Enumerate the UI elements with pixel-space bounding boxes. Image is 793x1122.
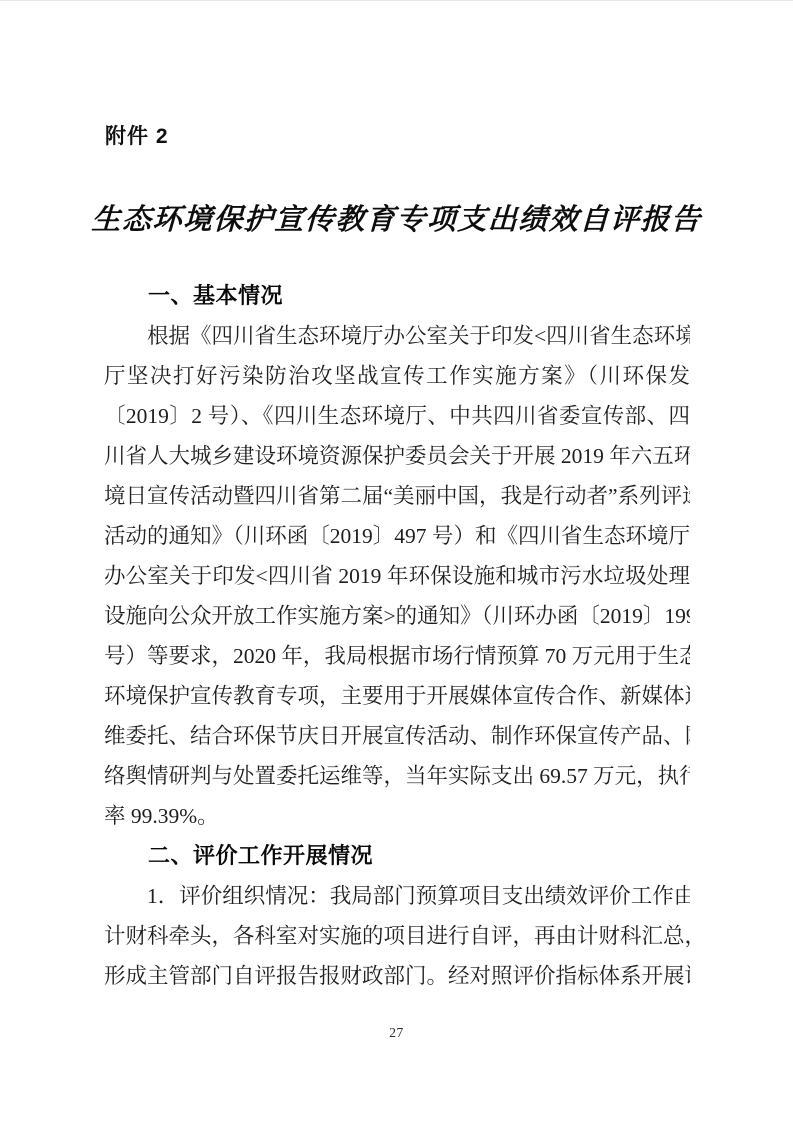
paragraph-1-line: 办公室关于印发<四川省 2019 年环保设施和城市污水垃圾处理 (104, 556, 690, 596)
paragraph-1-line: 厅坚决打好污染防治攻坚战宣传工作实施方案》（川环保发 (104, 356, 690, 396)
paragraph-1-line: 川省人大城乡建设环境资源保护委员会关于开展 2019 年六五环 (104, 436, 690, 476)
attachment-label: 附件 2 (105, 120, 169, 150)
paragraph-1-line: 根据《四川省生态环境厅办公室关于印发<四川省生态环境 (104, 316, 690, 356)
paragraph-2-line: 计财科牵头，各科室对实施的项目进行自评，再由计财科汇总， (104, 916, 690, 956)
paragraph-2-line: 形成主管部门自评报告报财政部门。经对照评价指标体系开展评 (104, 956, 690, 996)
document-title: 生态环境保护宣传教育专项支出绩效自评报告 (0, 197, 793, 238)
paragraph-1-line: 络舆情研判与处置委托运维等，当年实际支出 69.57 万元，执行 (104, 756, 690, 796)
paragraph-1-line: 率 99.39%。 (104, 796, 690, 836)
paragraph-1-line: 境日宣传活动暨四川省第二届“美丽中国，我是行动者”系列评选 (104, 476, 690, 516)
page-number: 27 (0, 1025, 793, 1041)
paragraph-1-line: 维委托、结合环保节庆日开展宣传活动、制作环保宣传产品、网 (104, 716, 690, 756)
document-body: 一、基本情况 根据《四川省生态环境厅办公室关于印发<四川省生态环境 厅坚决打好污… (104, 276, 690, 996)
paragraph-1-line: 活动的通知》（川环函〔2019〕497 号）和《四川省生态环境厅 (104, 516, 690, 556)
paragraph-1-line: 〔2019〕2 号）、《四川生态环境厅、中共四川省委宣传部、四 (104, 396, 690, 436)
section-heading-1: 一、基本情况 (104, 276, 690, 316)
document-page: 附件 2 生态环境保护宣传教育专项支出绩效自评报告 一、基本情况 根据《四川省生… (0, 0, 793, 1122)
paragraph-1-line: 环境保护宣传教育专项，主要用于开展媒体宣传合作、新媒体运 (104, 676, 690, 716)
section-heading-2: 二、评价工作开展情况 (104, 836, 690, 876)
paragraph-1-line: 设施向公众开放工作实施方案>的通知》（川环办函〔2019〕199 (104, 596, 690, 636)
paragraph-2-line: 1．评价组织情况：我局部门预算项目支出绩效评价工作由 (104, 876, 690, 916)
paragraph-1-line: 号）等要求，2020 年，我局根据市场行情预算 70 万元用于生态 (104, 636, 690, 676)
